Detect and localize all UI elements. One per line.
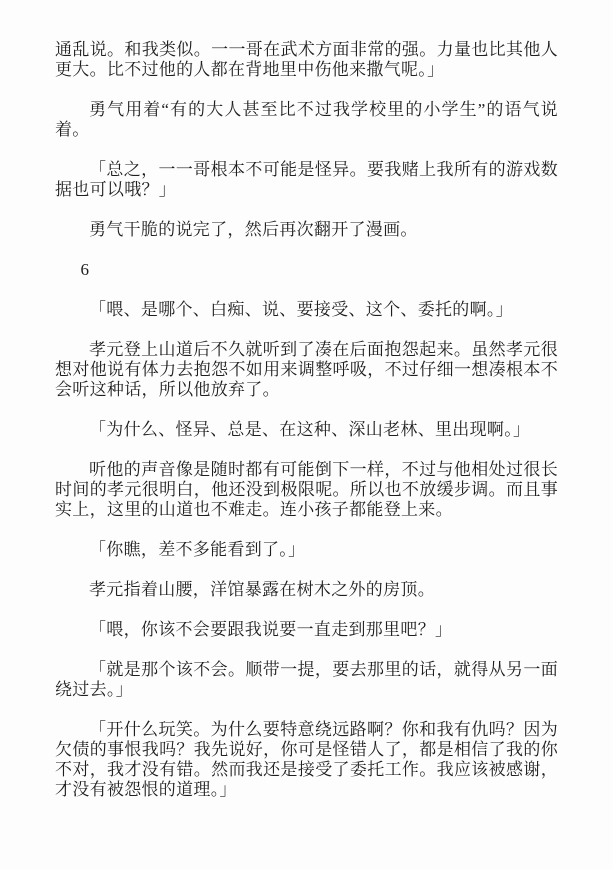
paragraph: 「喂，你该不会要跟我说要一直走到那里吧？」 [55, 620, 558, 640]
paragraph: 勇气干脆的说完了，然后再次翻开了漫画。 [55, 220, 558, 240]
paragraph: 听他的声音像是随时都有可能倒下一样，不过与他相处过很长时间的孝元很明白，他还没到… [55, 460, 558, 520]
paragraph: 孝元登上山道后不久就听到了凑在后面抱怨起来。虽然孝元很想对他说有体力去抱怨不如用… [55, 340, 558, 400]
section-number: 6 [55, 260, 558, 280]
paragraph: 通乱说。和我类似。一一哥在武术方面非常的强。力量也比其他人更大。比不过他的人都在… [55, 40, 558, 80]
paragraph: 「总之，一一哥根本不可能是怪异。要我赌上我所有的游戏数据也可以哦？」 [55, 160, 558, 200]
paragraph: 「你瞧，差不多能看到了。」 [55, 540, 558, 560]
paragraph: 「为什么、怪异、总是、在这种、深山老林、里出现啊。」 [55, 420, 558, 440]
paragraph: 「喂、是哪个、白痴、说、要接受、这个、委托的啊。」 [55, 300, 558, 320]
text-column: 通乱说。和我类似。一一哥在武术方面非常的强。力量也比其他人更大。比不过他的人都在… [55, 40, 558, 800]
book-page: 通乱说。和我类似。一一哥在武术方面非常的强。力量也比其他人更大。比不过他的人都在… [0, 0, 613, 869]
paragraph: 勇气用着“有的大人甚至比不过我学校里的小学生”的语气说着。 [55, 100, 558, 140]
paragraph: 「就是那个该不会。顺带一提，要去那里的话，就得从另一面绕过去。」 [55, 660, 558, 700]
paragraph: 「开什么玩笑。为什么要特意绕远路啊？你和我有仇吗？因为欠债的事恨我吗？我先说好，… [55, 720, 558, 800]
paragraph: 孝元指着山腰，洋馆暴露在树木之外的房顶。 [55, 580, 558, 600]
